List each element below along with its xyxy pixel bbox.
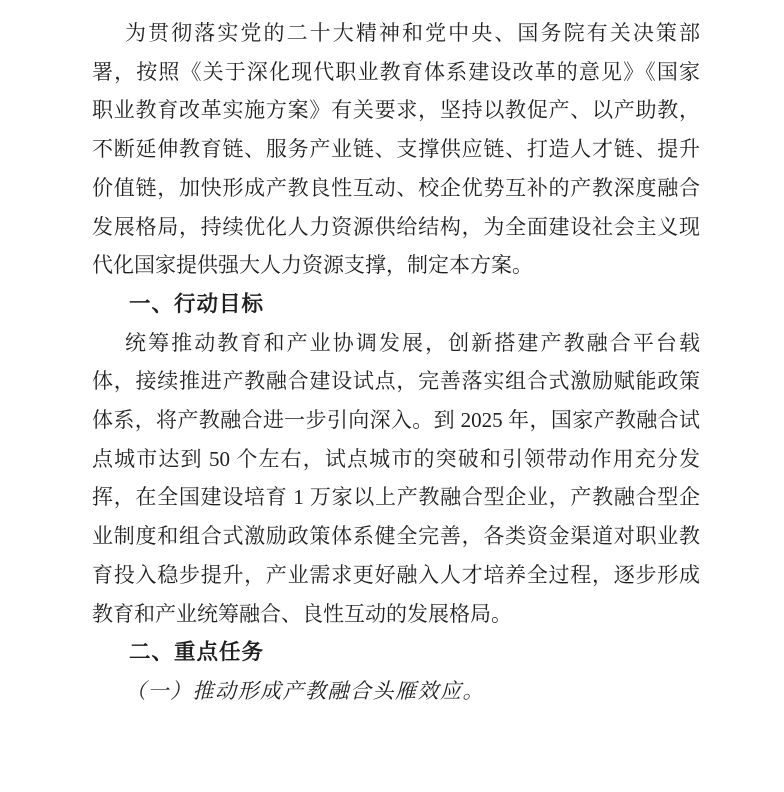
action-goals-paragraph-line: 点城市达到 50 个左右，试点城市的突破和引领带动作用充分发 xyxy=(92,440,700,479)
action-goals-paragraph-line: 统筹推动教育和产业协调发展，创新搭建产教融合平台载 xyxy=(92,324,700,363)
intro-paragraph-line: 职业教育改革实施方案》有关要求，坚持以教促产、以产助教， xyxy=(92,91,700,130)
action-goals-paragraph-line: 体系，将产教融合进一步引向深入。到 2025 年，国家产教融合试 xyxy=(92,401,700,440)
intro-paragraph-line: 代化国家提供强大人力资源支撑，制定本方案。 xyxy=(92,246,700,285)
action-goals-paragraph-line: 体，接续推进产教融合建设试点，完善落实组合式激励赋能政策 xyxy=(92,362,700,401)
action-goals-paragraph-line: 挥，在全国建设培育 1 万家以上产教融合型企业，产教融合型企 xyxy=(92,478,700,517)
task-item-heading-line: （一）推动形成产教融合头雁效应。 xyxy=(92,672,700,711)
document-page: 为贯彻落实党的二十大精神和党中央、国务院有关决策部署，按照《关于深化现代职业教育… xyxy=(0,0,784,792)
intro-paragraph-line: 发展格局，持续优化人力资源供给结构，为全面建设社会主义现 xyxy=(92,208,700,247)
section-heading-key-tasks: 二、重点任务 xyxy=(92,633,700,672)
intro-paragraph-line: 不断延伸教育链、服务产业链、支撑供应链、打造人才链、提升 xyxy=(92,130,700,169)
action-goals-paragraph-line: 业制度和组合式激励政策体系健全完善，各类资金渠道对职业教 xyxy=(92,517,700,556)
intro-paragraph-line: 为贯彻落实党的二十大精神和党中央、国务院有关决策部 xyxy=(92,14,700,53)
document-content: 为贯彻落实党的二十大精神和党中央、国务院有关决策部署，按照《关于深化现代职业教育… xyxy=(92,14,700,711)
action-goals-paragraph-line: 育投入稳步提升，产业需求更好融入人才培养全过程，逐步形成 xyxy=(92,556,700,595)
intro-paragraph-line: 署，按照《关于深化现代职业教育体系建设改革的意见》《国家 xyxy=(92,53,700,92)
section-heading-action-goals: 一、行动目标 xyxy=(92,285,700,324)
action-goals-paragraph-line: 教育和产业统筹融合、良性互动的发展格局。 xyxy=(92,595,700,634)
intro-paragraph-line: 价值链，加快形成产教良性互动、校企优势互补的产教深度融合 xyxy=(92,169,700,208)
